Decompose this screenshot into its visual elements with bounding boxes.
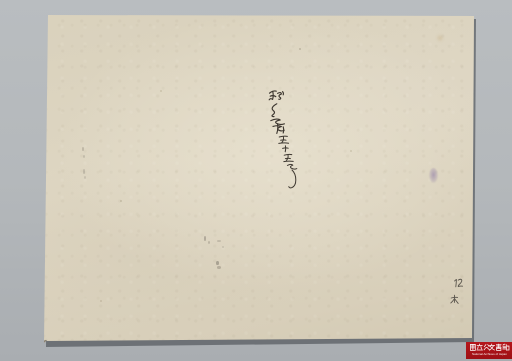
stain-speck bbox=[83, 169, 85, 174]
stain-speck bbox=[350, 150, 352, 152]
scanned-document-image: National Archives of Japan bbox=[0, 0, 512, 361]
handwriting-line1 bbox=[269, 91, 284, 133]
pencil-annotation bbox=[446, 276, 468, 310]
handwriting-line2 bbox=[279, 136, 297, 188]
stain-speck bbox=[208, 241, 210, 244]
stain-speck bbox=[216, 261, 219, 265]
stain-speck bbox=[100, 300, 102, 302]
watermark-english: National Archives of Japan bbox=[472, 353, 507, 356]
stain-speck bbox=[120, 200, 122, 202]
stain-speck bbox=[83, 155, 85, 158]
stain-speck bbox=[222, 246, 224, 248]
stain-speck bbox=[204, 236, 206, 241]
stain-speck bbox=[217, 240, 221, 242]
archives-watermark: National Archives of Japan bbox=[466, 342, 512, 359]
stain-speck bbox=[299, 48, 301, 50]
handwritten-registry-number bbox=[250, 82, 310, 192]
stain-speck bbox=[436, 34, 444, 42]
stain-speck bbox=[217, 266, 221, 269]
stain-speck bbox=[82, 147, 84, 151]
stain-speck bbox=[84, 176, 86, 179]
watermark-kanji bbox=[466, 343, 512, 352]
ink-smudge bbox=[429, 168, 438, 183]
stain-speck bbox=[160, 90, 162, 92]
